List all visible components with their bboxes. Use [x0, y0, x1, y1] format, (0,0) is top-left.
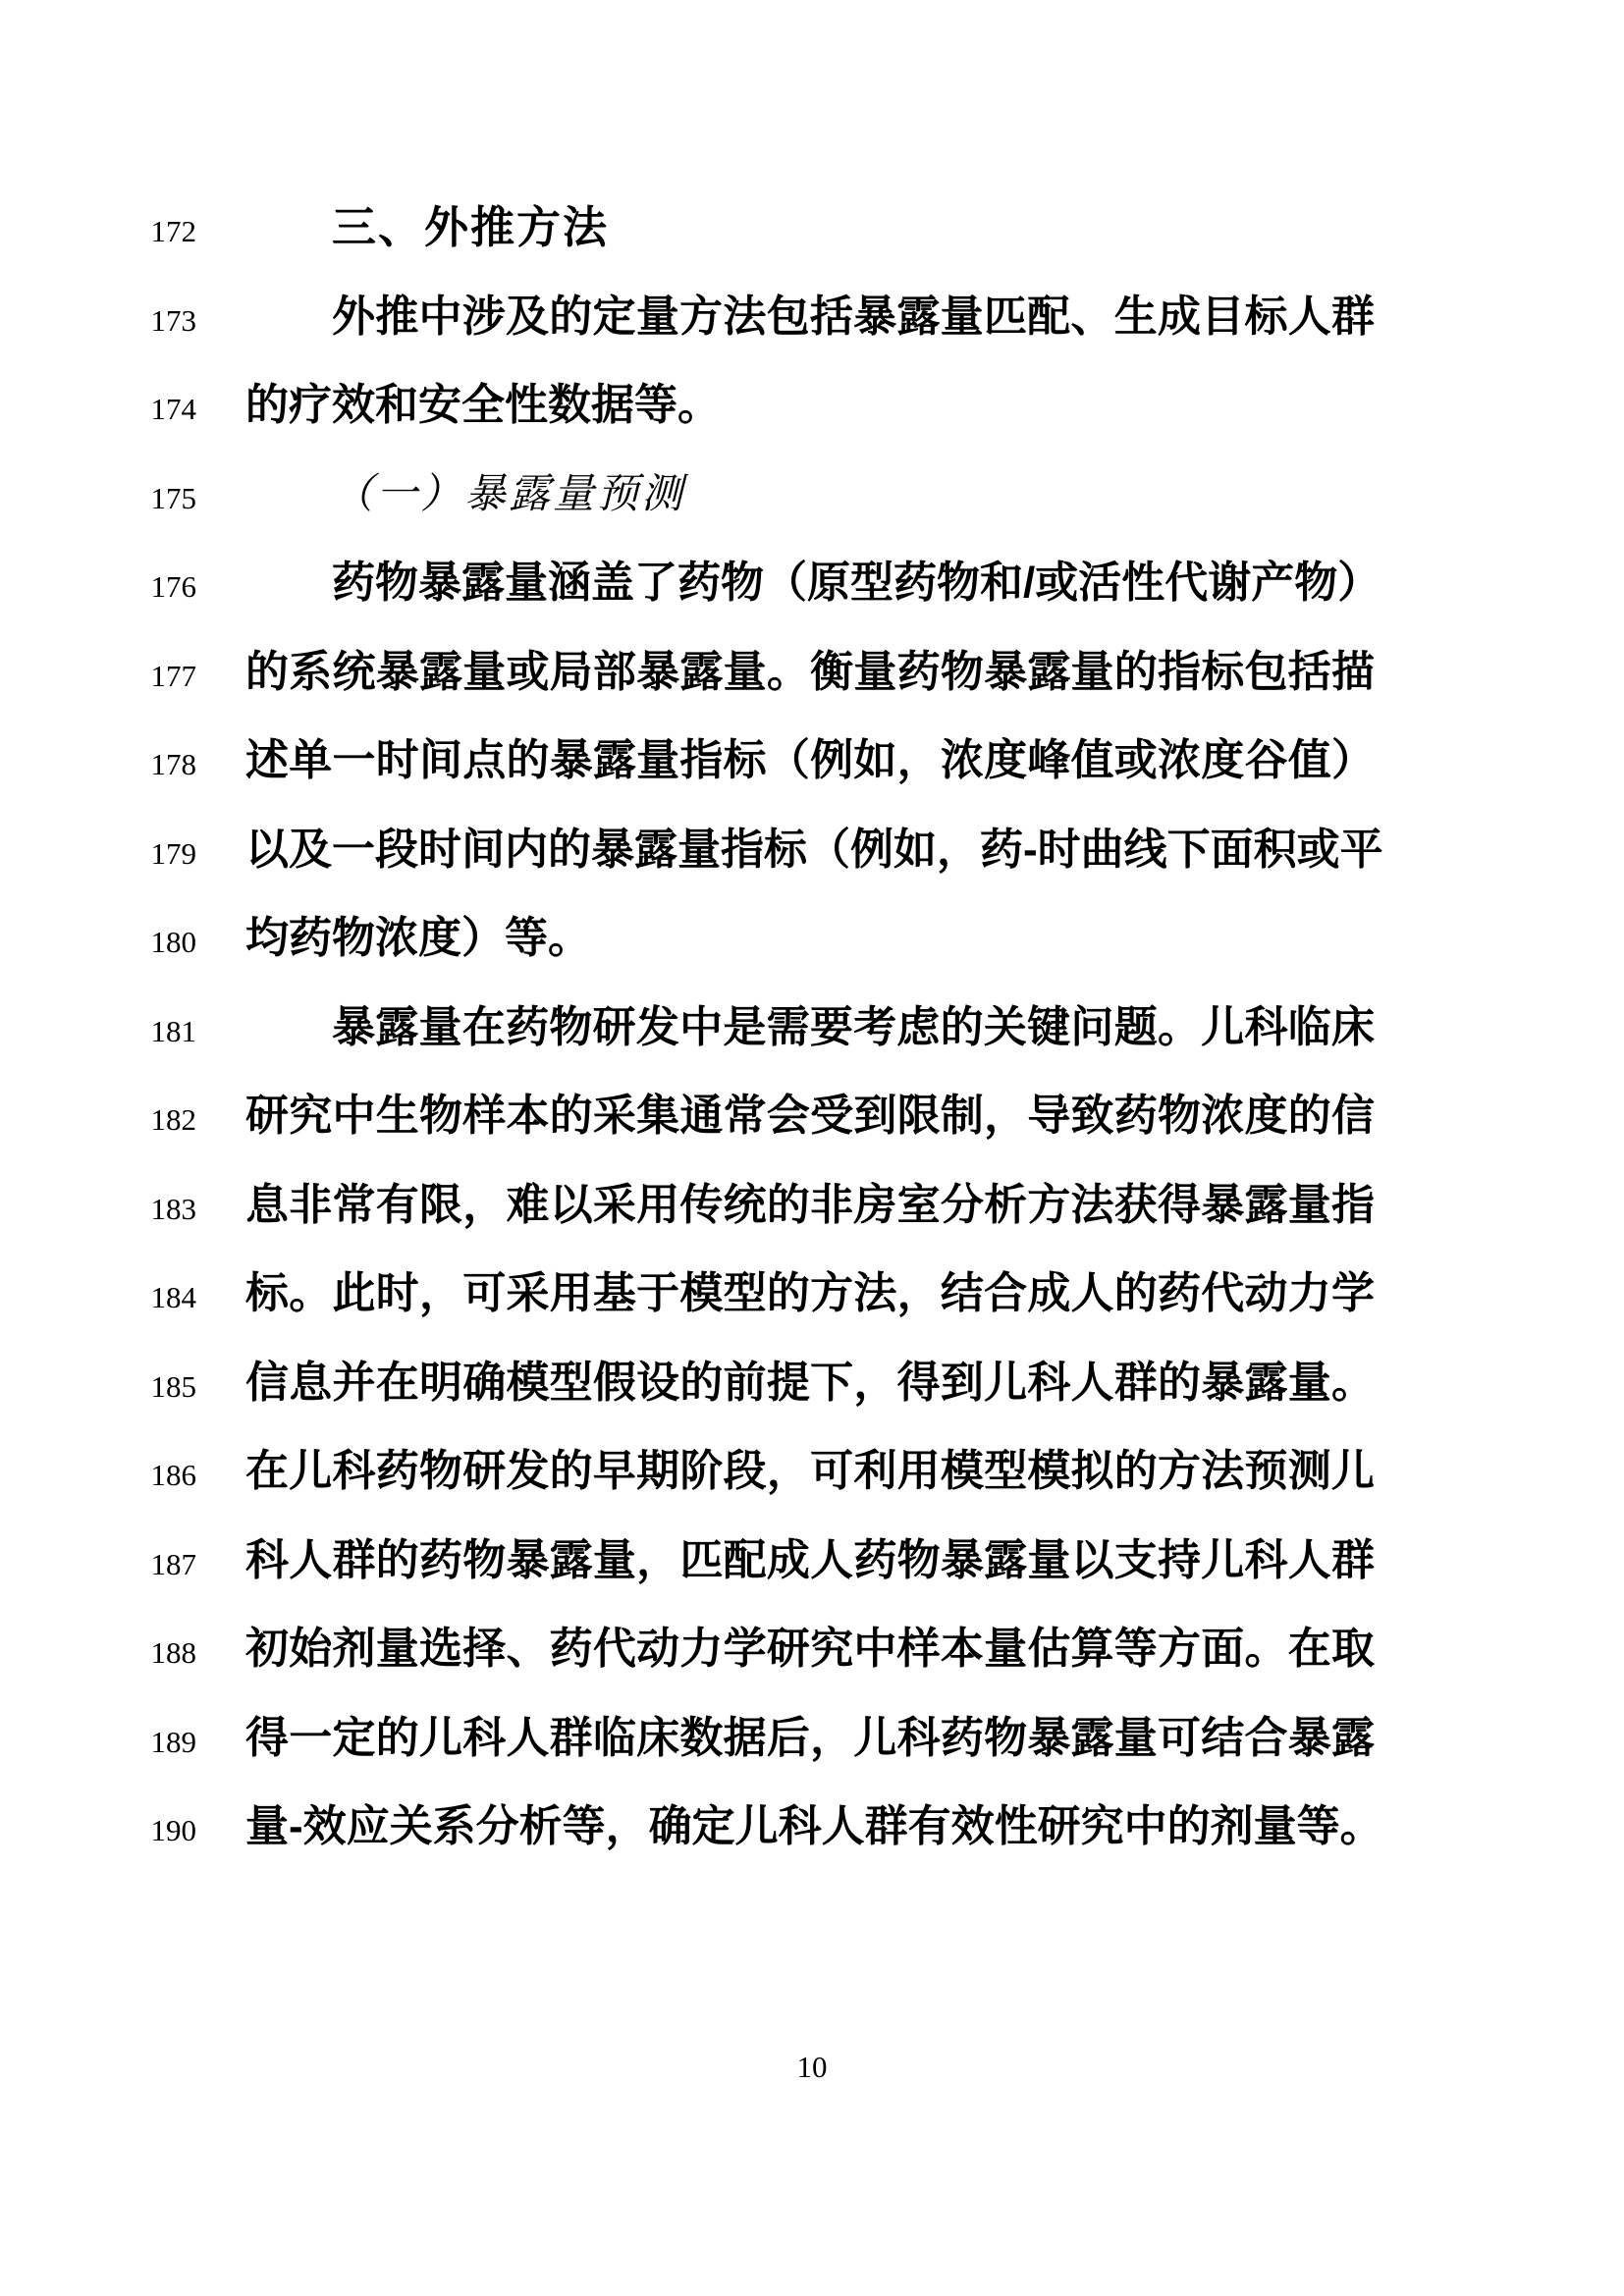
- document-line: 181 暴露量在药物研发中是需要考虑的关键问题。儿科临床: [245, 984, 1375, 1073]
- line-text: 均药物浓度）等。: [245, 894, 1375, 984]
- line-number: 172: [147, 187, 196, 277]
- document-line: 172 三、外推方法: [245, 184, 1375, 273]
- line-number: 180: [147, 898, 196, 988]
- line-text: 研究中生物样本的采集通常会受到限制，导致药物浓度的信: [245, 1072, 1375, 1161]
- line-text: 述单一时间点的暴露量指标（例如，浓度峰值或浓度谷值）: [245, 717, 1375, 806]
- document-line: 180 均药物浓度）等。: [245, 894, 1375, 984]
- line-number: 190: [147, 1787, 196, 1876]
- line-text: 药物暴露量涵盖了药物（原型药物和/或活性代谢产物）: [245, 539, 1375, 628]
- line-text: 的疗效和安全性数据等。: [245, 361, 1375, 451]
- document-line: 179 以及一段时间内的暴露量指标（例如，药-时曲线下面积或平: [245, 806, 1375, 895]
- document-line: 186 在儿科药物研发的早期阶段，可利用模型模拟的方法预测儿: [245, 1427, 1375, 1517]
- line-number: 185: [147, 1343, 196, 1432]
- line-number: 184: [147, 1254, 196, 1343]
- document-line: 173 外推中涉及的定量方法包括暴露量匹配、生成目标人群: [245, 273, 1375, 362]
- line-number: 188: [147, 1609, 196, 1698]
- line-number: 175: [147, 454, 196, 544]
- line-text: 信息并在明确模型假设的前提下，得到儿科人群的暴露量。: [245, 1339, 1375, 1428]
- line-text: 在儿科药物研发的早期阶段，可利用模型模拟的方法预测儿: [245, 1427, 1375, 1517]
- line-number: 187: [147, 1521, 196, 1610]
- line-text: 外推中涉及的定量方法包括暴露量匹配、生成目标人群: [245, 273, 1375, 362]
- line-text: 科人群的药物暴露量，匹配成人药物暴露量以支持儿科人群: [245, 1517, 1375, 1606]
- line-text: 量-效应关系分析等，确定儿科人群有效性研究中的剂量等。: [245, 1783, 1375, 1872]
- line-text: 以及一段时间内的暴露量指标（例如，药-时曲线下面积或平: [245, 806, 1375, 895]
- line-number: 181: [147, 988, 196, 1077]
- document-line: 176 药物暴露量涵盖了药物（原型药物和/或活性代谢产物）: [245, 539, 1375, 628]
- line-number: 182: [147, 1076, 196, 1165]
- document-line: 188 初始剂量选择、药代动力学研究中样本量估算等方面。在取: [245, 1605, 1375, 1694]
- line-text: 息非常有限，难以采用传统的非房室分析方法获得暴露量指: [245, 1161, 1375, 1251]
- document-line: 183 息非常有限，难以采用传统的非房室分析方法获得暴露量指: [245, 1161, 1375, 1251]
- line-text: 得一定的儿科人群临床数据后，儿科药物暴露量可结合暴露: [245, 1694, 1375, 1784]
- document-line: 174 的疗效和安全性数据等。: [245, 361, 1375, 451]
- document-line: 189 得一定的儿科人群临床数据后，儿科药物暴露量可结合暴露: [245, 1694, 1375, 1784]
- document-line: 177 的系统暴露量或局部暴露量。衡量药物暴露量的指标包括描: [245, 628, 1375, 718]
- line-number: 174: [147, 365, 196, 454]
- document-body: 172 三、外推方法 173 外推中涉及的定量方法包括暴露量匹配、生成目标人群 …: [245, 184, 1375, 1872]
- line-text: 初始剂量选择、药代动力学研究中样本量估算等方面。在取: [245, 1605, 1375, 1694]
- line-text: 的系统暴露量或局部暴露量。衡量药物暴露量的指标包括描: [245, 628, 1375, 718]
- line-number: 176: [147, 543, 196, 632]
- document-page: 172 三、外推方法 173 外推中涉及的定量方法包括暴露量匹配、生成目标人群 …: [0, 0, 1624, 2296]
- line-number: 173: [147, 277, 196, 366]
- line-number: 183: [147, 1165, 196, 1255]
- document-line: 185 信息并在明确模型假设的前提下，得到儿科人群的暴露量。: [245, 1339, 1375, 1428]
- page-number: 10: [0, 2048, 1624, 2087]
- document-line: 190 量-效应关系分析等，确定儿科人群有效性研究中的剂量等。: [245, 1783, 1375, 1872]
- document-line: 184 标。此时，可采用基于模型的方法，结合成人的药代动力学: [245, 1250, 1375, 1339]
- document-line: 182 研究中生物样本的采集通常会受到限制，导致药物浓度的信: [245, 1072, 1375, 1161]
- document-line: 175 （一）暴露量预测: [245, 451, 1375, 540]
- line-number: 179: [147, 810, 196, 899]
- document-line: 187 科人群的药物暴露量，匹配成人药物暴露量以支持儿科人群: [245, 1517, 1375, 1606]
- line-text: 标。此时，可采用基于模型的方法，结合成人的药代动力学: [245, 1250, 1375, 1339]
- line-number: 177: [147, 632, 196, 721]
- line-text: 暴露量在药物研发中是需要考虑的关键问题。儿科临床: [245, 984, 1375, 1073]
- document-line: 178 述单一时间点的暴露量指标（例如，浓度峰值或浓度谷值）: [245, 717, 1375, 806]
- line-number: 189: [147, 1698, 196, 1788]
- line-number: 178: [147, 721, 196, 810]
- line-text: 三、外推方法: [245, 184, 1375, 273]
- line-number: 186: [147, 1431, 196, 1521]
- line-text: （一）暴露量预测: [245, 451, 1375, 540]
